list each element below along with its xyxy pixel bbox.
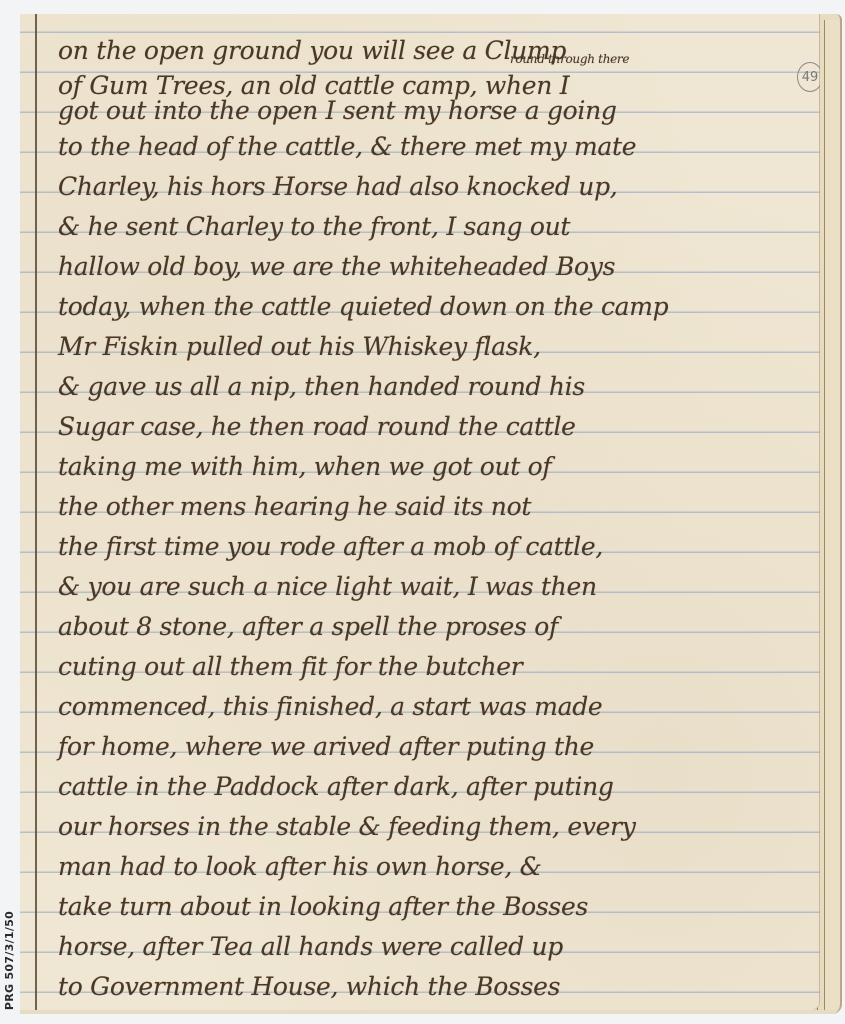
text-line: hallow old boy, we are the whiteheaded B… [58,247,818,287]
text-line: cattle in the Paddock after dark, after … [58,767,818,807]
text-line: horse, after Tea all hands were called u… [58,927,818,967]
text-line: got out into the open I sent my horse a … [58,93,818,127]
margin-line [35,14,37,1010]
text-line: to the head of the cattle, & there met m… [58,127,818,167]
text-line: taking me with him, when we got out of [58,447,818,487]
text-line: today, when the cattle quieted down on t… [58,287,818,327]
text-line: the first time you rode after a mob of c… [58,527,818,567]
text-line: Sugar case, he then road round the cattl… [58,407,818,447]
text-line: commenced, this finished, a start was ma… [58,687,818,727]
inserted-annotation: round through there [510,52,629,66]
text-line: cuting out all them fit for the butcher [58,647,818,687]
text-line: our horses in the stable & feeding them,… [58,807,818,847]
text-line: for home, where we arived after puting t… [58,727,818,767]
handwritten-text: on the open ground you will see a Clump … [58,26,818,1007]
notebook-page: 49 on the open ground you will see a Clu… [20,14,820,1010]
scanned-document: PRG 507/3/1/50 49 on the open ground you… [0,0,845,1024]
text-line: on the open ground you will see a Clump [58,26,818,66]
text-line: to Government House, which the Bosses [58,967,818,1007]
text-line: man had to look after his own horse, & [58,847,818,887]
text-line: Mr Fiskin pulled out his Whiskey flask, [58,327,818,367]
text-line: Charley, his hors Horse had also knocked… [58,167,818,207]
catalog-reference-label: PRG 507/3/1/50 [0,905,20,1015]
text-line: the other mens hearing he said its not [58,487,818,527]
text-line: & he sent Charley to the front, I sang o… [58,207,818,247]
text-line: & gave us all a nip, then handed round h… [58,367,818,407]
text-line: & you are such a nice light wait, I was … [58,567,818,607]
text-line: of Gum Trees, an old cattle camp, when I… [58,66,818,93]
text-line: take turn about in looking after the Bos… [58,887,818,927]
catalog-reference-text: PRG 507/3/1/50 [4,910,17,1009]
text-line: about 8 stone, after a spell the proses … [58,607,818,647]
